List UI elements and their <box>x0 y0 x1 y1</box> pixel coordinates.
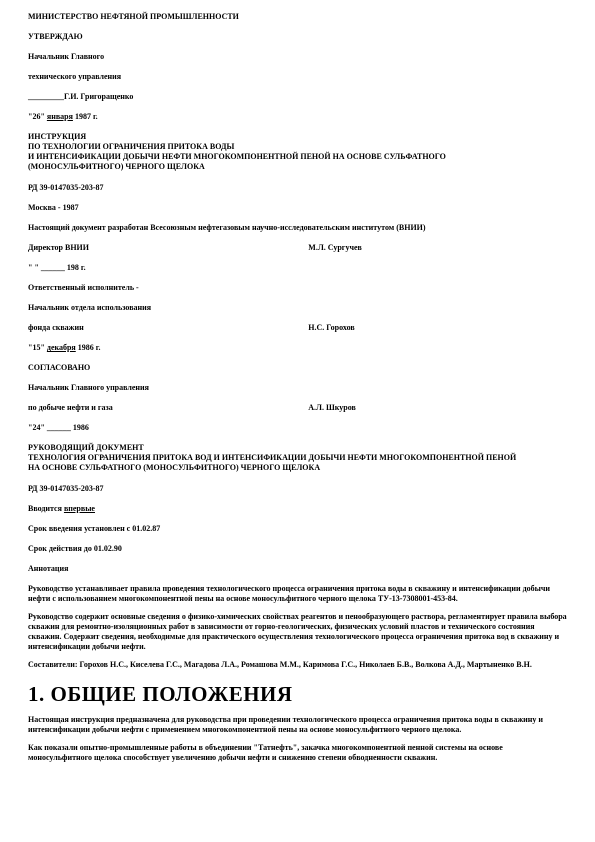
annotation-paragraph-1: Руководство устанавливает правила провед… <box>28 584 567 604</box>
executor-date-month: декабря <box>47 343 76 352</box>
instruction-title-line1: ИНСТРУКЦИЯ <box>28 132 567 142</box>
approve-date-day: "26" <box>28 112 45 121</box>
section-1-paragraph-2: Как показали опытно-промышленные работы … <box>28 743 567 763</box>
agreed-role-line1: Начальник Главного управления <box>28 383 567 392</box>
agreed-name: А.Л. Шкуров <box>308 403 567 412</box>
executor-name: Н.С. Горохов <box>308 323 567 332</box>
approve-role-line2: технического управления <box>28 72 567 81</box>
developer-line: Настоящий документ разработан Всесоюзным… <box>28 223 567 232</box>
signature-name: Г.И. Григоращенко <box>64 92 133 101</box>
instruction-title-line3: И ИНТЕНСИФИКАЦИИ ДОБЫЧИ НЕФТИ МНОГОКОМПО… <box>28 152 567 162</box>
executor-role-line1: Начальник отдела использования <box>28 303 567 312</box>
introduced-prefix: Вводится <box>28 504 62 513</box>
term-end-line: Срок действия до 01.02.90 <box>28 544 567 553</box>
introduced-word: впервые <box>64 504 95 513</box>
agreed-role-line2: по добыче нефти и газа <box>28 403 308 412</box>
section-1-paragraph-1: Настоящая инструкция предназначена для р… <box>28 715 567 735</box>
approve-signature-line: _________Г.И. Григоращенко <box>28 92 567 101</box>
annotation-heading: Аннотация <box>28 564 567 573</box>
signature-row-director: Директор ВНИИ М.Л. Сургучев <box>28 243 567 252</box>
signature-row-agreed: по добыче нефти и газа А.Л. Шкуров <box>28 403 567 412</box>
rd-number-2: РД 39-0147035-203-87 <box>28 484 567 493</box>
authors-line: Составители: Горохов Н.С., Киселева Г.С.… <box>28 660 567 670</box>
rd-number: РД 39-0147035-203-87 <box>28 183 567 192</box>
annotation-paragraph-2: Руководство содержит основные сведения о… <box>28 612 567 652</box>
guiding-heading: РУКОВОДЯЩИЙ ДОКУМЕНТ <box>28 443 567 453</box>
signature-blank: _________ <box>28 92 64 101</box>
guiding-title-line3: НА ОСНОВЕ СУЛЬФАТНОГО (МОНОСУЛЬФИТНОГО) … <box>28 463 567 473</box>
approve-date-line: "26" января 1987 г. <box>28 112 567 121</box>
blank-date-line: " " ______ 198 г. <box>28 263 567 272</box>
document-page: МИНИСТЕРСТВО НЕФТЯНОЙ ПРОМЫШЛЕННОСТИ УТВ… <box>0 0 595 842</box>
agreed-date-line: "24" ______ 1986 <box>28 423 567 432</box>
director-name: М.Л. Сургучев <box>308 243 567 252</box>
approve-heading: УТВЕРЖДАЮ <box>28 32 567 41</box>
signature-row-executor: фонда скважин Н.С. Горохов <box>28 323 567 332</box>
ministry-header: МИНИСТЕРСТВО НЕФТЯНОЙ ПРОМЫШЛЕННОСТИ <box>28 12 567 21</box>
approve-role-line1: Начальник Главного <box>28 52 567 61</box>
guiding-document-block: РУКОВОДЯЩИЙ ДОКУМЕНТ ТЕХНОЛОГИЯ ОГРАНИЧЕ… <box>28 443 567 473</box>
director-role: Директор ВНИИ <box>28 243 308 252</box>
city-year-line: Москва - 1987 <box>28 203 567 212</box>
introduced-line: Вводится впервые <box>28 504 567 513</box>
approve-date-year: 1987 г. <box>75 112 98 121</box>
guiding-title-line2: ТЕХНОЛОГИЯ ОГРАНИЧЕНИЯ ПРИТОКА ВОД И ИНТ… <box>28 453 567 463</box>
executor-date-line: "15" декабря 1986 г. <box>28 343 567 352</box>
instruction-title-block: ИНСТРУКЦИЯ ПО ТЕХНОЛОГИИ ОГРАНИЧЕНИЯ ПРИ… <box>28 132 567 172</box>
executor-label: Ответственный исполнитель - <box>28 283 567 292</box>
executor-date-year: 1986 г. <box>78 343 101 352</box>
term-start-line: Срок введения установлен с 01.02.87 <box>28 524 567 533</box>
instruction-title-line2: ПО ТЕХНОЛОГИИ ОГРАНИЧЕНИЯ ПРИТОКА ВОДЫ <box>28 142 567 152</box>
executor-date-day: "15" <box>28 343 45 352</box>
instruction-title-line4: (МОНОСУЛЬФИТНОГО) ЧЕРНОГО ЩЕЛОКА <box>28 162 567 172</box>
approve-date-month: января <box>47 112 73 121</box>
executor-role-line2: фонда скважин <box>28 323 308 332</box>
section-1-heading: 1. ОБЩИЕ ПОЛОЖЕНИЯ <box>28 683 567 705</box>
agreed-heading: СОГЛАСОВАНО <box>28 363 567 372</box>
